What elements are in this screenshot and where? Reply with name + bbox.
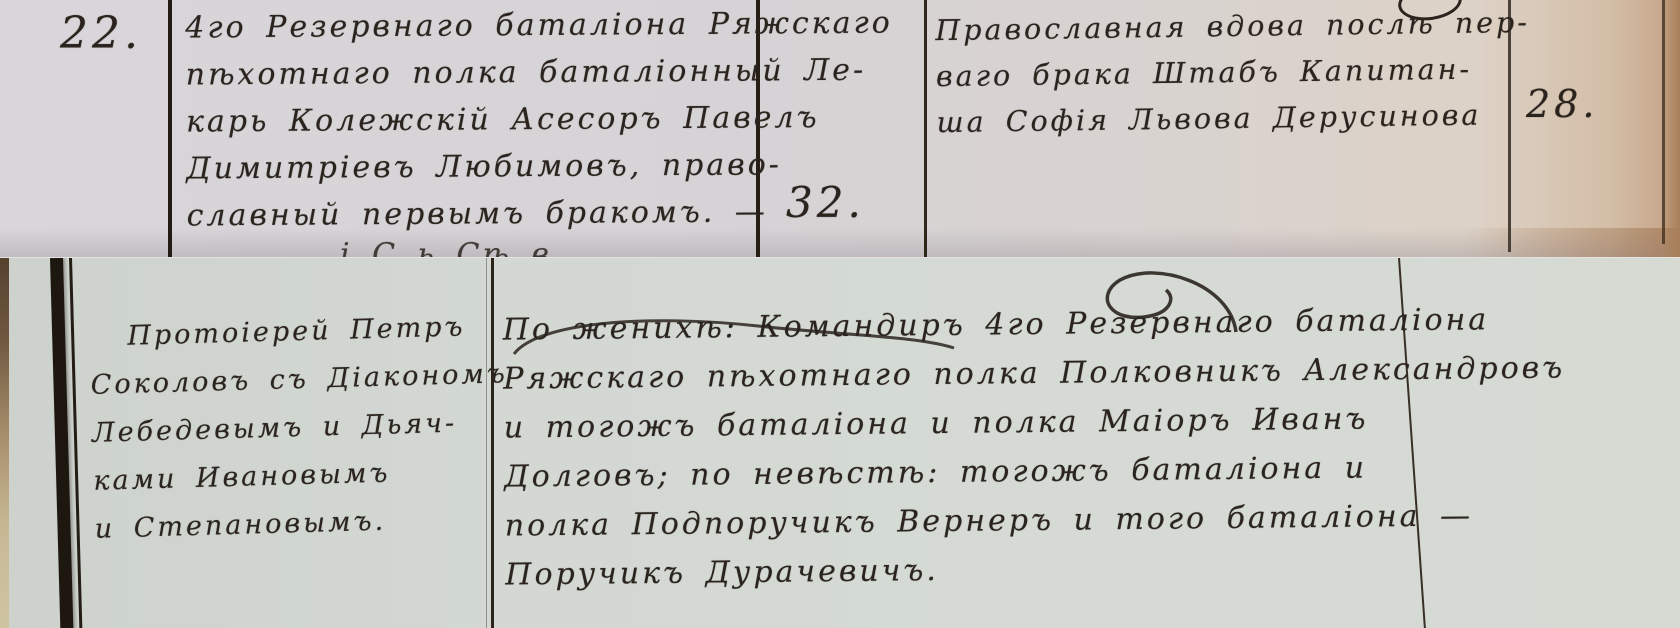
metrical-book-scan: 22. 4го Резервнаго баталіона Ряжскаго пѣ… [0, 0, 1680, 628]
witness-line: Поручикъ Дурачевичъ. [505, 539, 1567, 599]
witnesses-column: По женихѣ: Командиръ 4го Резервнаго бата… [502, 294, 1567, 599]
groom-age-cell: 32. [786, 178, 865, 227]
bride-line: Православная вдова послѣ пер- [935, 0, 1530, 54]
bride-line: ша Софія Львова Дерусинова [936, 92, 1531, 146]
groom-line: карь Колежскій Асесоръ Павелъ [186, 94, 894, 146]
page-edge [0, 258, 9, 628]
page-edge-rule [1662, 0, 1665, 244]
clergy-line: и Степановымъ. [94, 494, 512, 554]
column-rule [924, 0, 927, 260]
column-rule [168, 0, 172, 260]
bride-age-cell: 28. [1526, 82, 1598, 126]
clergy-column: Протоіерей Петръ Соколовъ съ Діакономъ Л… [89, 302, 513, 554]
bride-line: ваго брака Штабъ Капитан- [936, 46, 1531, 100]
bride-column: Православная вдова послѣ пер- ваго брака… [935, 0, 1531, 146]
groom-line: пѣхотнаго полка баталіонный Ле- [186, 47, 894, 99]
top-crop: 22. 4го Резервнаго баталіона Ряжскаго пѣ… [0, 0, 1680, 260]
entry-number-cell: 22. [60, 8, 142, 59]
bottom-crop: Протоіерей Петръ Соколовъ съ Діакономъ Л… [0, 258, 1680, 628]
clipped-handwriting-line: і С ь Сѣ в [340, 237, 900, 258]
groom-line: 4го Резервнаго баталіона Ряжскаго [185, 0, 893, 51]
photo-shade-brown [1460, 228, 1680, 260]
